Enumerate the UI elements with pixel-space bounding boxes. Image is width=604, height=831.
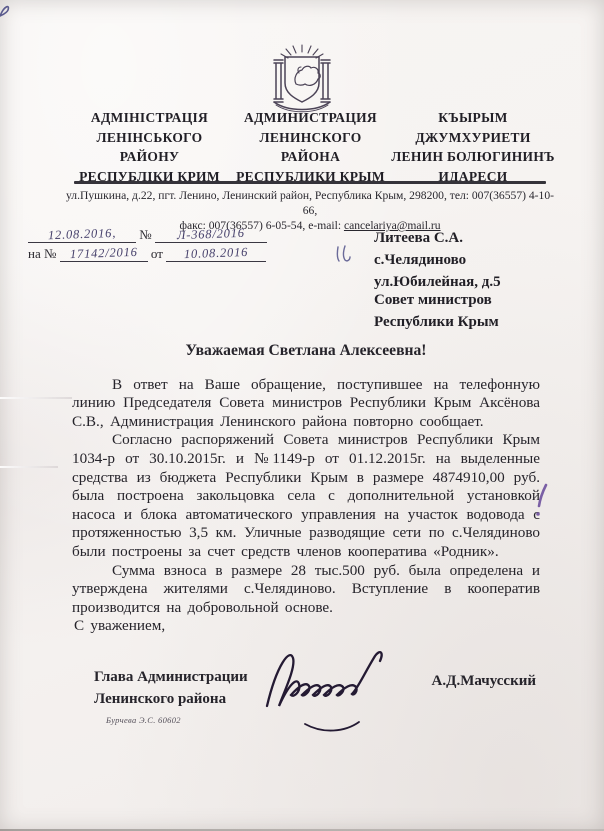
number-sign: № bbox=[139, 227, 151, 242]
salutation: Уважаемая Светлана Алексеевна! bbox=[72, 342, 540, 361]
stray-ink-mark bbox=[0, 2, 24, 20]
incoming-reference-line: на № 17142/2016 от 10.08.2016 bbox=[28, 246, 267, 262]
org-line: АДМИНИСТРАЦИЯ bbox=[228, 108, 393, 128]
margin-exclamation-mark bbox=[534, 482, 550, 520]
crimea-coat-of-arms-emblem bbox=[266, 42, 338, 114]
council-line-2: Республики Крым bbox=[374, 311, 499, 333]
org-name-crimean-tatar: КЪЫРЫМ ДЖУМХУРИЕТИ ЛЕНИН БОЛЮГИНИНЪ ИДАР… bbox=[388, 108, 558, 186]
org-name-ukrainian: АДМІНІСТРАЦІЯ ЛЕНІНСЬКОГО РАЙОНУ РЕСПУБЛ… bbox=[62, 108, 237, 186]
handwritten-outgoing-date: 12.08.2016, bbox=[48, 226, 117, 243]
ink-check-mark bbox=[334, 243, 354, 265]
paragraph-1: В ответ на Ваше обращение, поступившее н… bbox=[72, 376, 540, 432]
org-line: РАЙОНА bbox=[228, 147, 393, 167]
closing-phrase: С уважением, bbox=[72, 617, 540, 636]
council-of-ministers-block: Совет министров Республики Крым bbox=[374, 289, 499, 333]
executor-note: Бурчева Э.С. 60602 bbox=[106, 711, 248, 730]
scanned-letter-page: АДМІНІСТРАЦІЯ ЛЕНІНСЬКОГО РАЙОНУ РЕСПУБЛ… bbox=[0, 0, 604, 831]
council-line-1: Совет министров bbox=[374, 289, 499, 311]
signer-name: А.Д.Мачусский bbox=[432, 672, 536, 691]
letterhead-divider-rule bbox=[74, 181, 546, 184]
recipient-block: Литеева С.А. с.Челядиново ул.Юбилейная, … bbox=[374, 227, 501, 293]
handwritten-incoming-number: 17142/2016 bbox=[69, 245, 137, 262]
org-line: ДЖУМХУРИЕТИ bbox=[388, 128, 558, 148]
incoming-date-blank: 10.08.2016 bbox=[166, 246, 266, 262]
incoming-number-blank: 17142/2016 bbox=[60, 246, 148, 262]
recipient-name: Литеева С.А. bbox=[374, 227, 501, 249]
paper-crease bbox=[0, 397, 72, 399]
position-line-2: Ленинского района bbox=[94, 688, 248, 710]
outgoing-reference-line: 12.08.2016, № Л-368/2016 bbox=[28, 227, 267, 243]
org-line: АДМІНІСТРАЦІЯ bbox=[62, 108, 237, 128]
handwritten-outgoing-number: Л-368/2016 bbox=[177, 226, 245, 243]
paragraph-3: Сумма взноса в размере 28 тыс.500 руб. б… bbox=[72, 562, 540, 618]
org-line: ЛЕНИН БОЛЮГИНИНЪ bbox=[388, 147, 558, 167]
from-label: от bbox=[151, 246, 163, 261]
reference-block: 12.08.2016, № Л-368/2016 на № 17142/2016… bbox=[28, 227, 267, 265]
outgoing-number-blank: Л-368/2016 bbox=[155, 227, 267, 243]
signer-position: Глава Администрации Ленинского района bbox=[94, 666, 248, 710]
org-name-russian: АДМИНИСТРАЦИЯ ЛЕНИНСКОГО РАЙОНА РЕСПУБЛИ… bbox=[228, 108, 393, 186]
signer-position-block: Глава Администрации Ленинского района Бу… bbox=[72, 666, 248, 730]
letter-body: Уважаемая Светлана Алексеевна! В ответ н… bbox=[72, 342, 540, 730]
paragraph-2: Согласно распоряжений Совета министров Р… bbox=[72, 431, 540, 561]
org-line: ЛЕНІНСЬКОГО bbox=[62, 128, 237, 148]
paper-crease bbox=[0, 466, 58, 468]
signature-row: Глава Администрации Ленинского района Бу… bbox=[72, 666, 540, 730]
handwritten-signature bbox=[257, 644, 407, 739]
org-line: РАЙОНУ bbox=[62, 147, 237, 167]
recipient-settlement: с.Челядиново bbox=[374, 249, 501, 271]
outgoing-date-blank: 12.08.2016, bbox=[28, 227, 136, 243]
address-line-1: ул.Пушкина, д.22, пгт. Ленино, Ленинский… bbox=[63, 188, 557, 218]
org-line: ЛЕНИНСКОГО bbox=[228, 128, 393, 148]
position-line-1: Глава Администрации bbox=[94, 666, 248, 688]
org-line: КЪЫРЫМ bbox=[388, 108, 558, 128]
handwritten-incoming-date: 10.08.2016 bbox=[184, 245, 249, 262]
reply-prefix: на № bbox=[28, 246, 56, 261]
